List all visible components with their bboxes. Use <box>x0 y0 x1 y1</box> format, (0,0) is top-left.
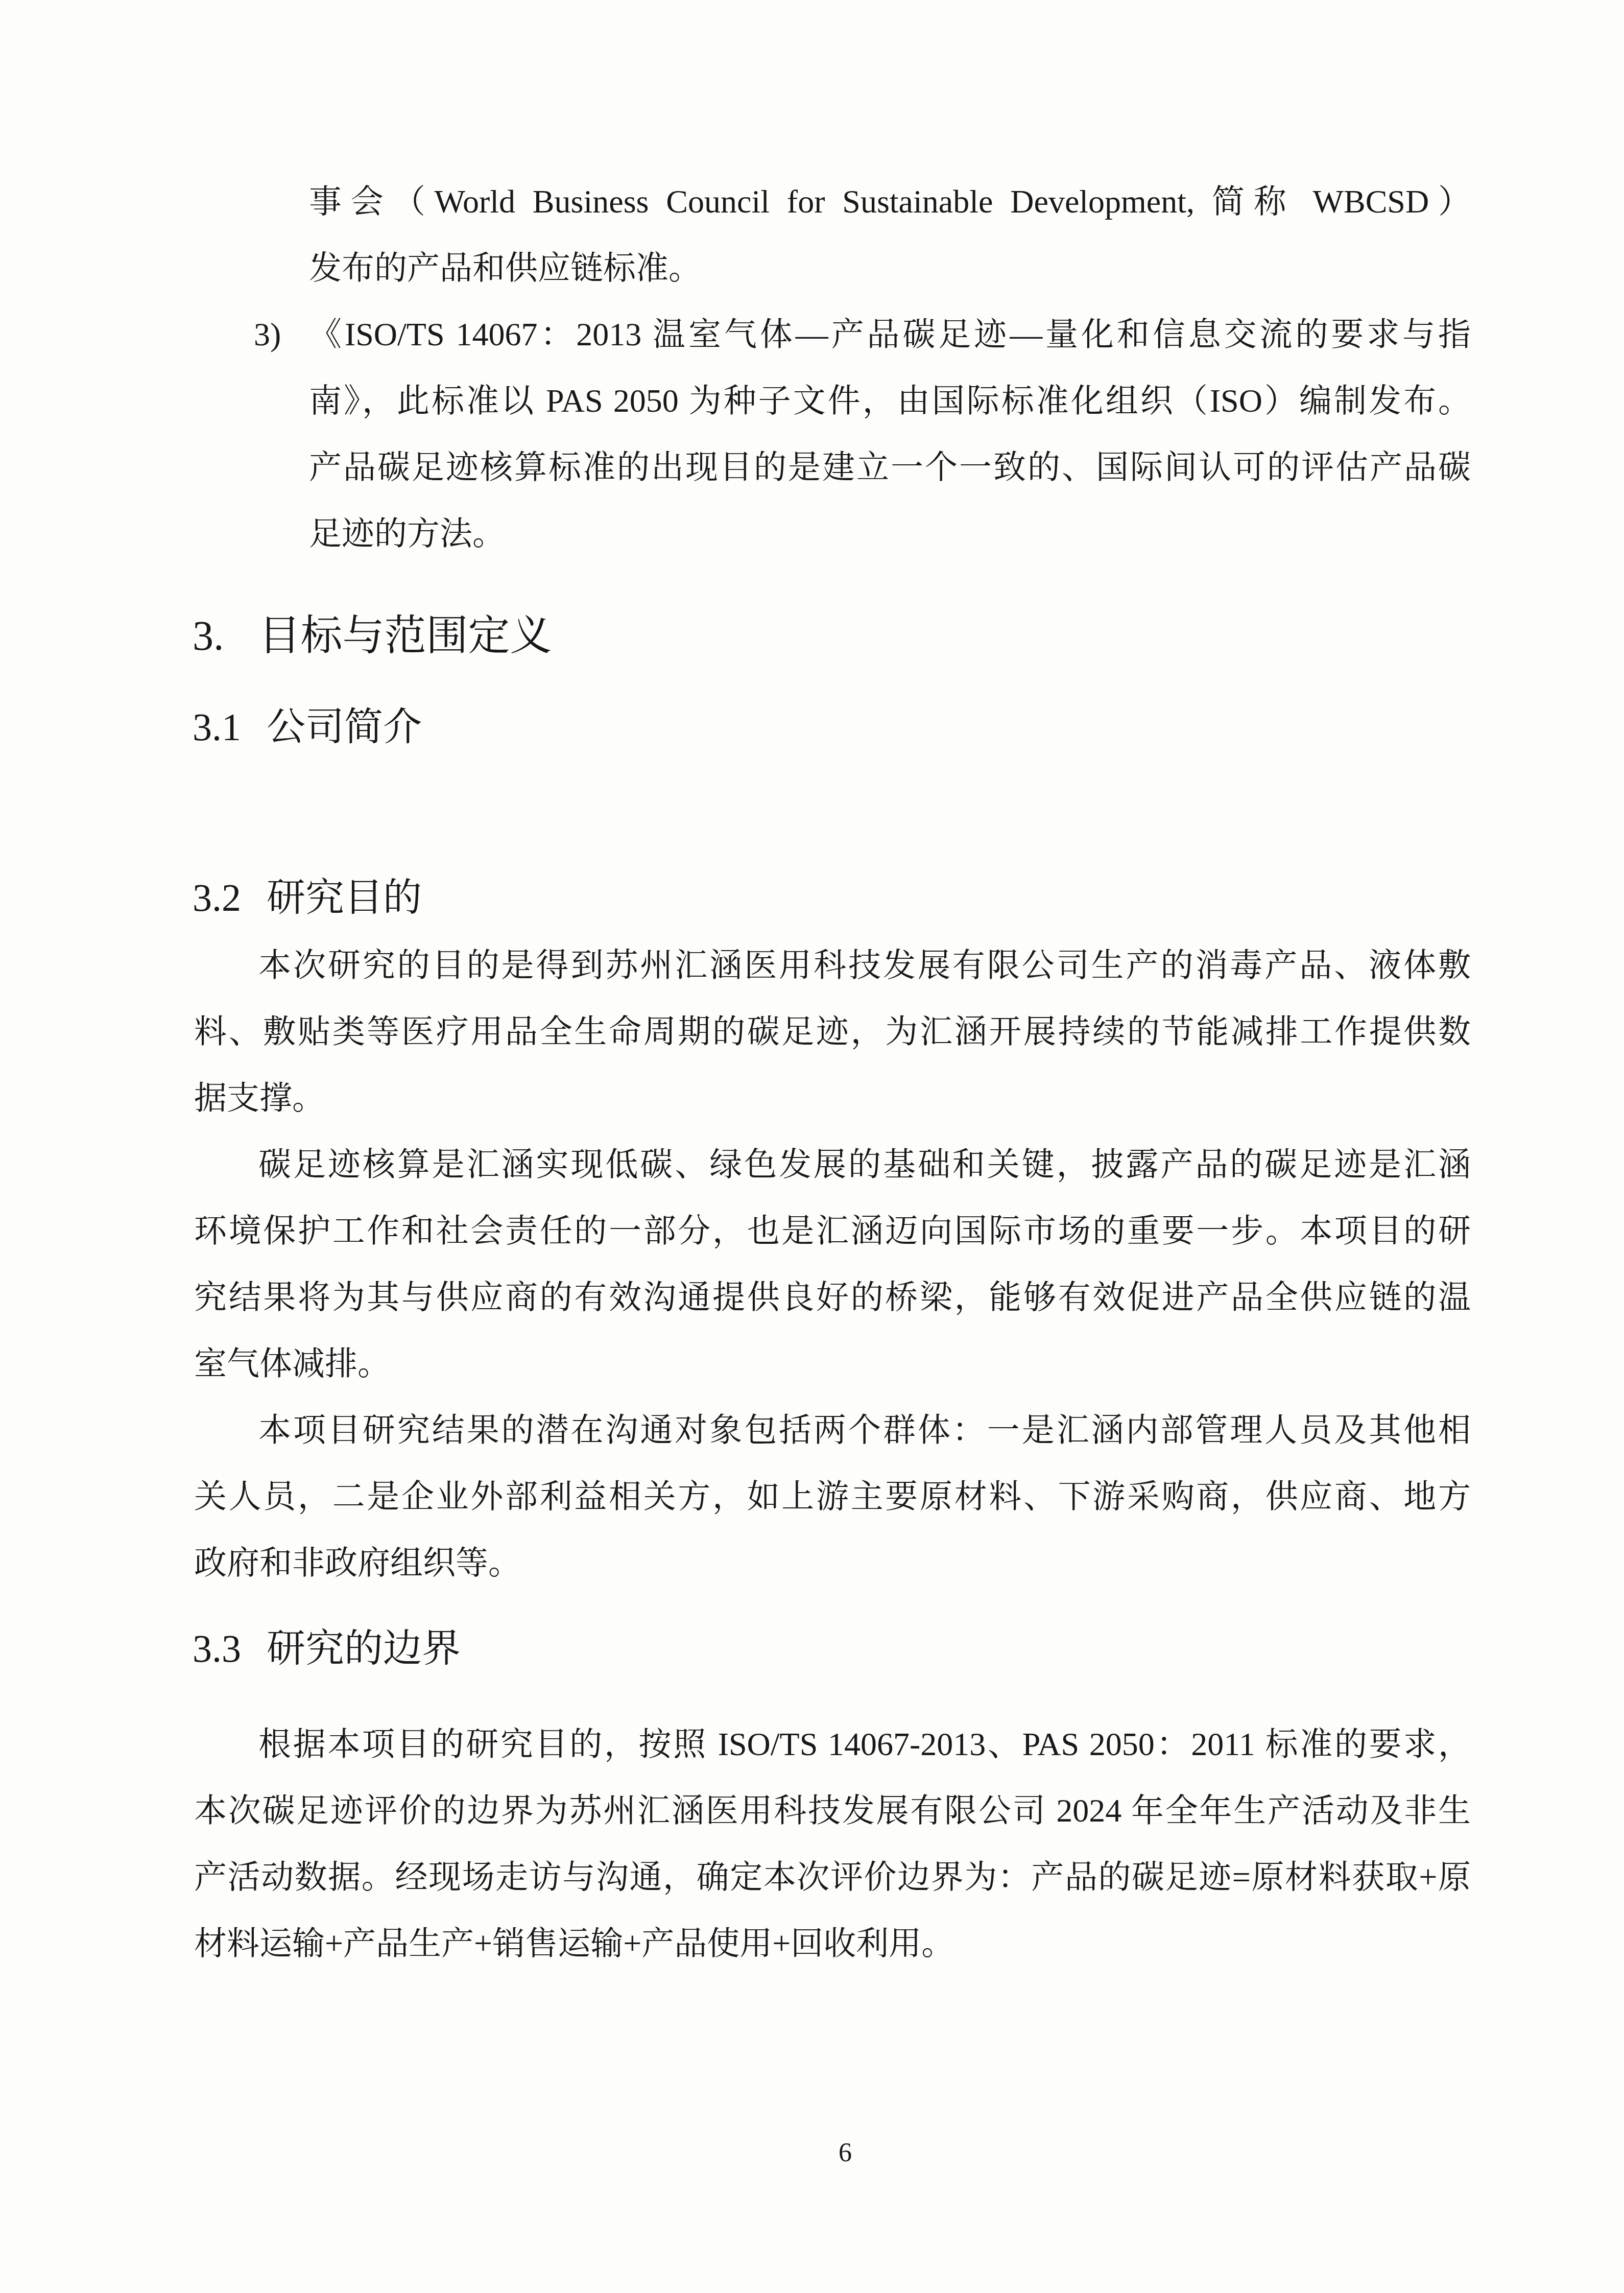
text-line: 碳足迹核算是汇涵实现低碳、绿色发展的基础和关键，披露产品的碳足迹是汇涵 <box>194 1131 1471 1198</box>
text-line: 发布的产品和供应链标准。 <box>309 235 1471 301</box>
list-item-continuation: 事会（World Business Council for Sustainabl… <box>309 169 1471 301</box>
paragraph: 本次研究的目的是得到苏州汇涵医用科技发展有限公司生产的消毒产品、液体敷 料、敷贴… <box>194 932 1471 1131</box>
paragraph: 本项目研究结果的潜在沟通对象包括两个群体：一是汇涵内部管理人员及其他相 关人员，… <box>194 1397 1471 1596</box>
text-line: 环境保护工作和社会责任的一部分，也是汇涵迈向国际市场的重要一步。本项目的研 <box>194 1198 1471 1264</box>
heading-title: 公司简介 <box>267 706 422 749</box>
paragraph: 根据本项目的研究目的，按照 ISO/TS 14067-2013、PAS 2050… <box>194 1711 1471 1977</box>
text-line: 据支撑。 <box>194 1065 1471 1131</box>
text-line: 本次碳足迹评价的边界为苏州汇涵医用科技发展有限公司 2024 年全年生产活动及非… <box>194 1778 1471 1844</box>
document-page: 事会（World Business Council for Sustainabl… <box>0 0 1624 2293</box>
text-line: 足迹的方法。 <box>309 501 1471 567</box>
text-line: 根据本项目的研究目的，按照 ISO/TS 14067-2013、PAS 2050… <box>194 1711 1471 1778</box>
heading-title: 目标与范围定义 <box>259 612 552 659</box>
text-line: 料、敷贴类等医疗用品全生命周期的碳足迹，为汇涵开展持续的节能减排工作提供数 <box>194 999 1471 1065</box>
text-line: 南》，此标准以 PAS 2050 为种子文件，由国际标准化组织（ISO）编制发布… <box>309 368 1471 434</box>
section-heading-3: 3.目标与范围定义 <box>193 598 552 674</box>
list-marker: 3) <box>254 301 281 368</box>
section-heading-3-2: 3.2研究目的 <box>193 860 422 936</box>
text-line: 关人员，二是企业外部利益相关方，如上游主要原材料、下游采购商，供应商、地方 <box>194 1463 1471 1530</box>
heading-title: 研究目的 <box>267 877 422 919</box>
text-line: 事会（World Business Council for Sustainabl… <box>309 169 1471 235</box>
heading-number: 3.3 <box>193 1627 241 1670</box>
section-heading-3-1: 3.1公司简介 <box>193 689 422 766</box>
text-line: 产品碳足迹核算标准的出现目的是建立一个一致的、国际间认可的评估产品碳 <box>309 434 1471 501</box>
text-line: 产活动数据。经现场走访与沟通，确定本次评价边界为：产品的碳足迹=原材料获取+原 <box>194 1844 1471 1910</box>
section-heading-3-3: 3.3研究的边界 <box>193 1611 461 1687</box>
text-line: 政府和非政府组织等。 <box>194 1530 1471 1596</box>
text-line: 本项目研究结果的潜在沟通对象包括两个群体：一是汇涵内部管理人员及其他相 <box>194 1397 1471 1463</box>
text-line: 究结果将为其与供应商的有效沟通提供良好的桥梁，能够有效促进产品全供应链的温 <box>194 1264 1471 1331</box>
text-line: 材料运输+产品生产+销售运输+产品使用+回收利用。 <box>194 1910 1471 1977</box>
page-number-value: 6 <box>839 2138 852 2167</box>
list-item-3: 3) 《ISO/TS 14067：2013 温室气体—产品碳足迹—量化和信息交流… <box>309 301 1471 567</box>
heading-title: 研究的边界 <box>267 1627 461 1670</box>
text-line: 《ISO/TS 14067：2013 温室气体—产品碳足迹—量化和信息交流的要求… <box>309 301 1471 368</box>
heading-number: 3. <box>193 612 224 659</box>
paragraph: 碳足迹核算是汇涵实现低碳、绿色发展的基础和关键，披露产品的碳足迹是汇涵 环境保护… <box>194 1131 1471 1397</box>
heading-number: 3.1 <box>193 706 241 749</box>
text-line: 本次研究的目的是得到苏州汇涵医用科技发展有限公司生产的消毒产品、液体敷 <box>194 932 1471 999</box>
page-number: 6 <box>0 2120 1624 2186</box>
text-line: 室气体减排。 <box>194 1331 1471 1397</box>
heading-number: 3.2 <box>193 877 241 919</box>
